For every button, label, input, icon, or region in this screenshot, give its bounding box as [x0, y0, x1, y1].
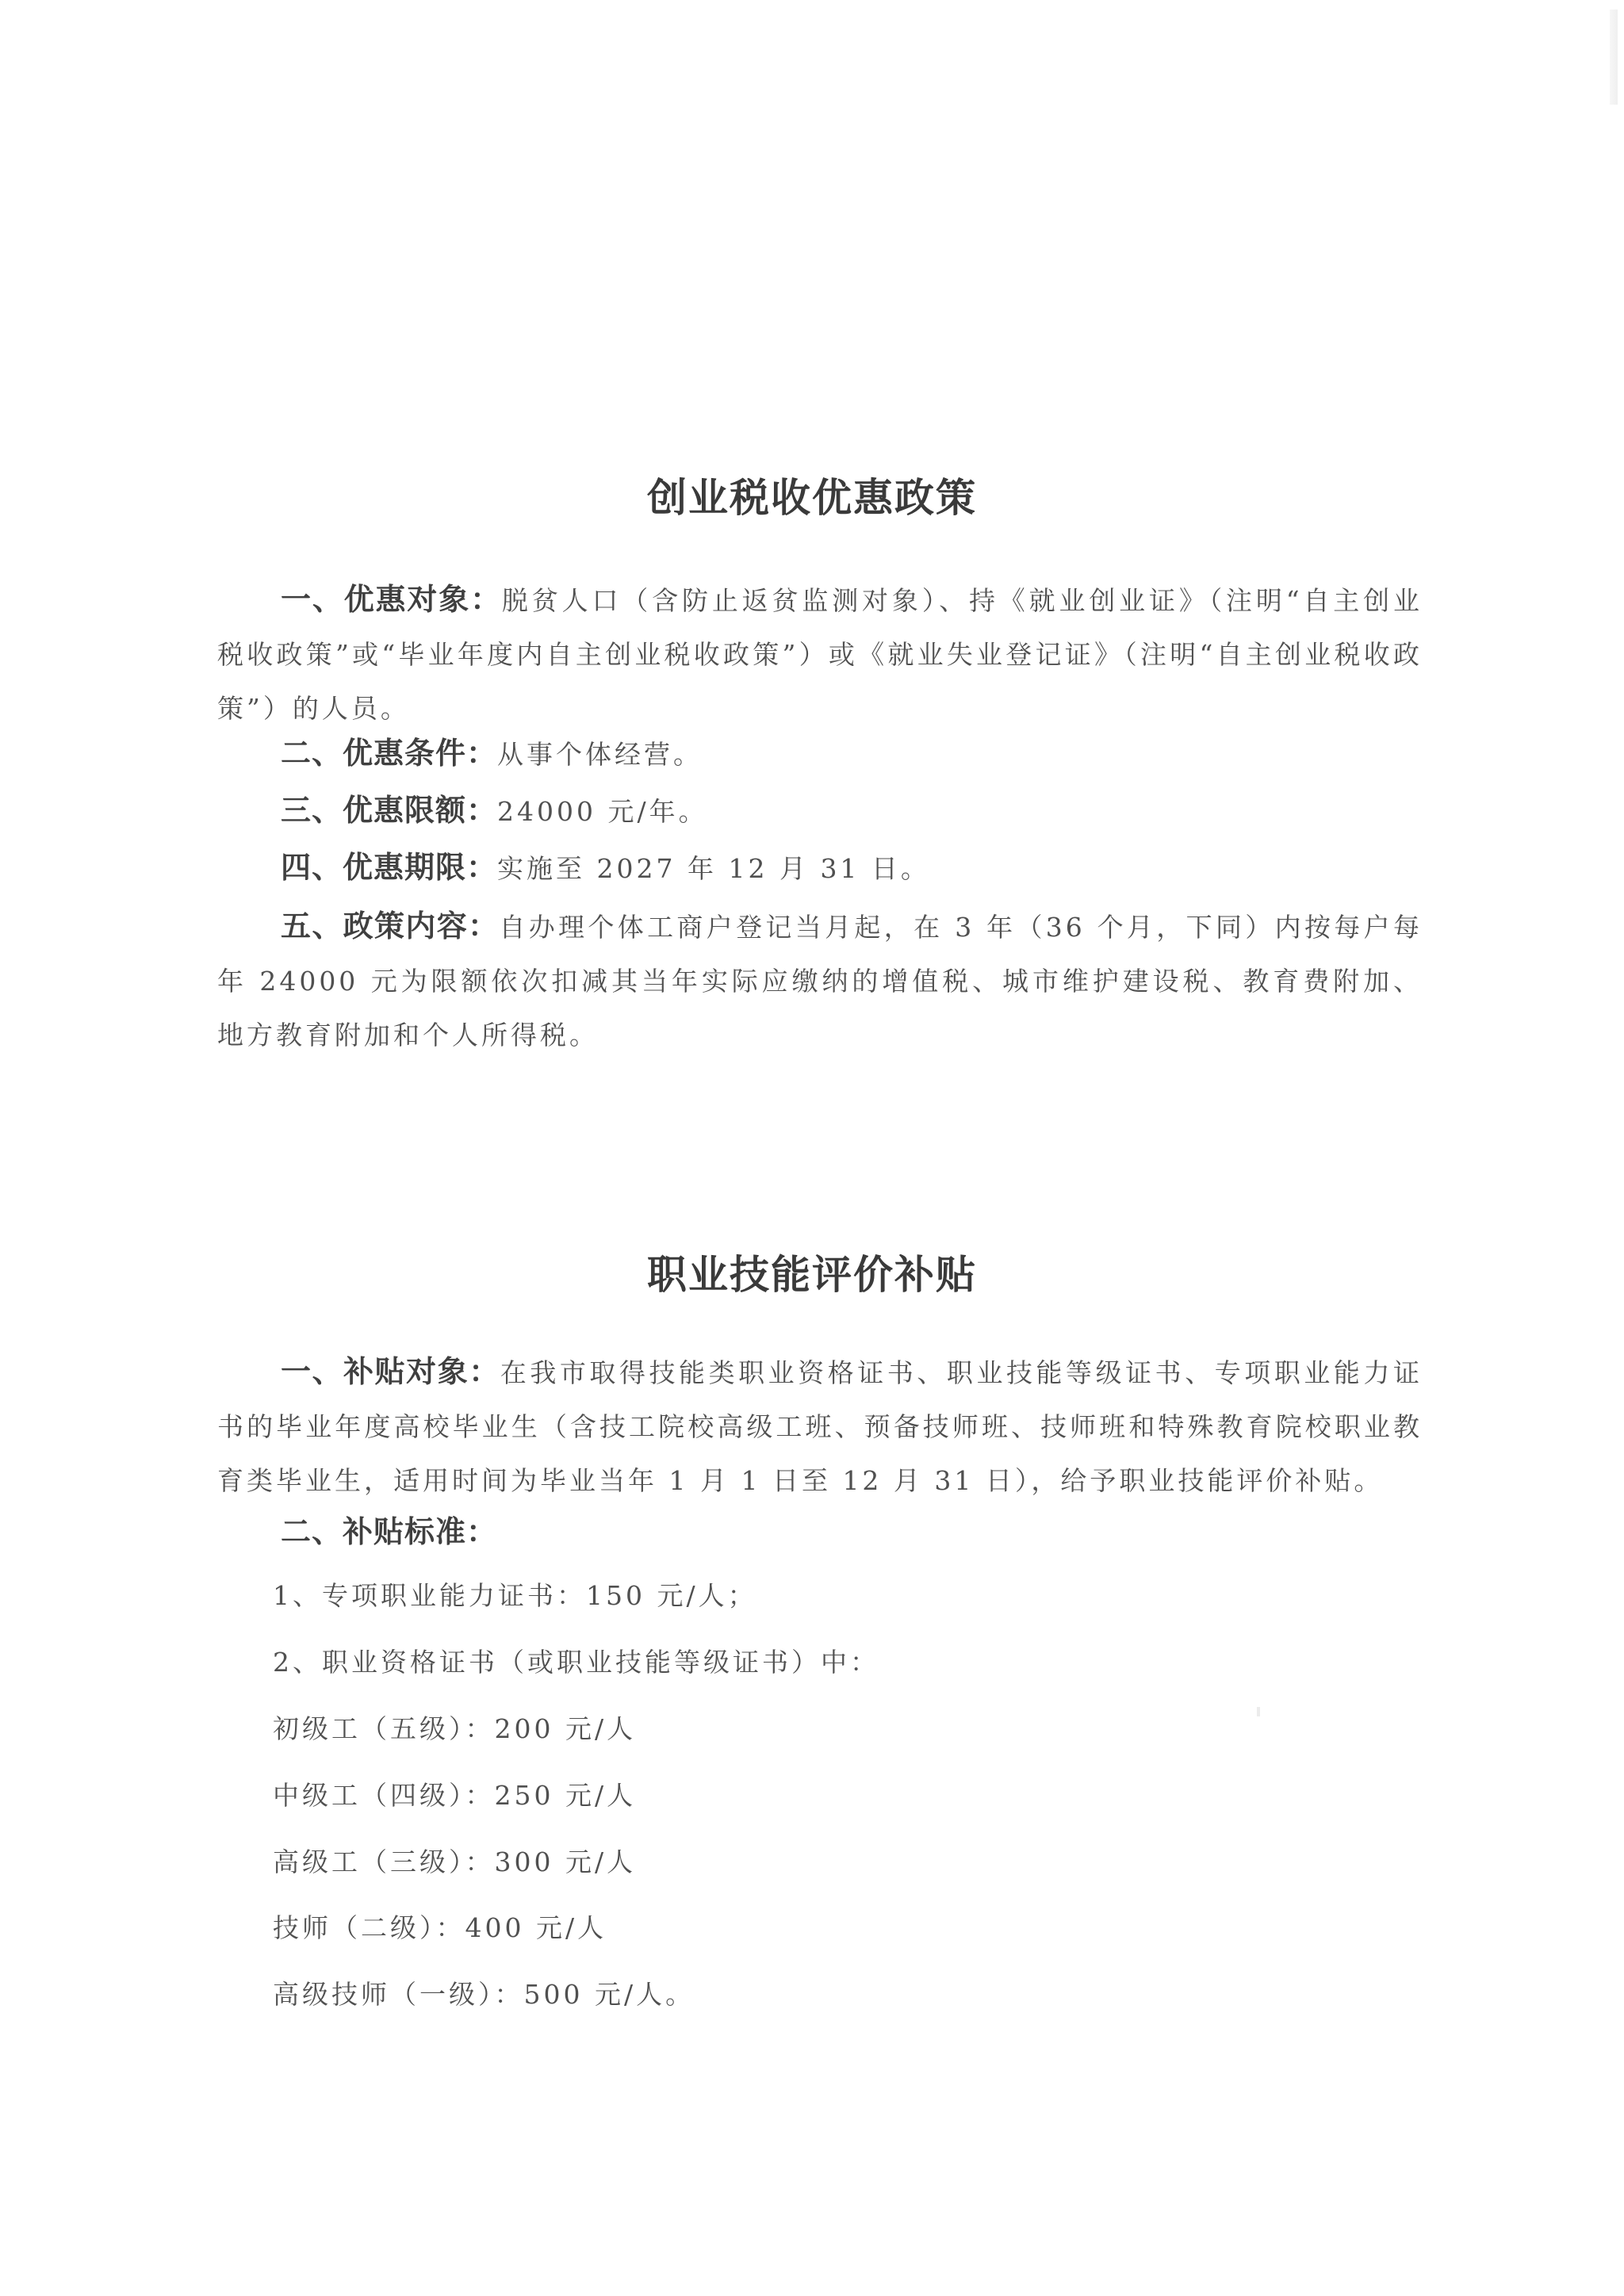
scan-speck — [1257, 1707, 1260, 1716]
paragraph-text: 从事个体经营。 — [497, 739, 703, 770]
level-item-intermediate: 中级工（四级）：250 元/人 — [273, 1776, 636, 1816]
paragraph-text: 24000 元/年。 — [497, 796, 708, 827]
paragraph-period: 四、优惠期限：实施至 2027 年 12 月 31 日。 — [217, 840, 1423, 896]
paragraph-subsidy-standard-heading: 二、补贴标准： — [217, 1505, 1423, 1560]
section-title-skill-subsidy: 职业技能评价补贴 — [0, 1243, 1624, 1300]
paragraph-subsidy-target: 一、补贴对象：在我市取得技能类职业资格证书、职业技能等级证书、专项职业能力证书的… — [217, 1345, 1423, 1508]
paragraph-lead: 一、优惠对象： — [281, 582, 502, 617]
paragraph-text: 实施至 2027 年 12 月 31 日。 — [497, 853, 930, 884]
standard-item-qualification-certificate: 2、职业资格证书（或职业技能等级证书）中： — [273, 1643, 879, 1682]
standard-item-special-certificate: 1、专项职业能力证书：150 元/人； — [273, 1576, 757, 1616]
paragraph-lead: 五、政策内容： — [281, 909, 499, 943]
level-item-senior-technician: 高级技师（一级）：500 元/人。 — [273, 1975, 695, 2015]
paragraph-limit: 三、优惠限额：24000 元/年。 — [217, 783, 1423, 839]
level-item-senior: 高级工（三级）：300 元/人 — [273, 1843, 636, 1882]
section-title-tax-policy: 创业税收优惠政策 — [0, 466, 1624, 523]
paragraph-lead: 二、补贴标准： — [281, 1514, 497, 1549]
paragraph-eligible-persons: 一、优惠对象：脱贫人口（含防止返贫监测对象）、持《就业创业证》（注明“自主创业税… — [217, 572, 1423, 736]
paragraph-policy-content: 五、政策内容：自办理个体工商户登记当月起，在 3 年（36 个月，下同）内按每户… — [217, 899, 1423, 1062]
paragraph-conditions: 二、优惠条件：从事个体经营。 — [217, 726, 1423, 782]
paragraph-lead: 二、优惠条件： — [281, 736, 497, 771]
scan-edge-artifact — [1610, 10, 1618, 105]
paragraph-lead: 四、优惠期限： — [281, 850, 497, 885]
paragraph-lead: 三、优惠限额： — [281, 793, 497, 828]
paragraph-lead: 一、补贴对象： — [281, 1354, 500, 1389]
level-item-junior: 初级工（五级）：200 元/人 — [273, 1709, 636, 1749]
level-item-technician: 技师（二级）：400 元/人 — [273, 1908, 607, 1948]
document-page: 创业税收优惠政策 一、优惠对象：脱贫人口（含防止返贫监测对象）、持《就业创业证》… — [0, 0, 1624, 2296]
